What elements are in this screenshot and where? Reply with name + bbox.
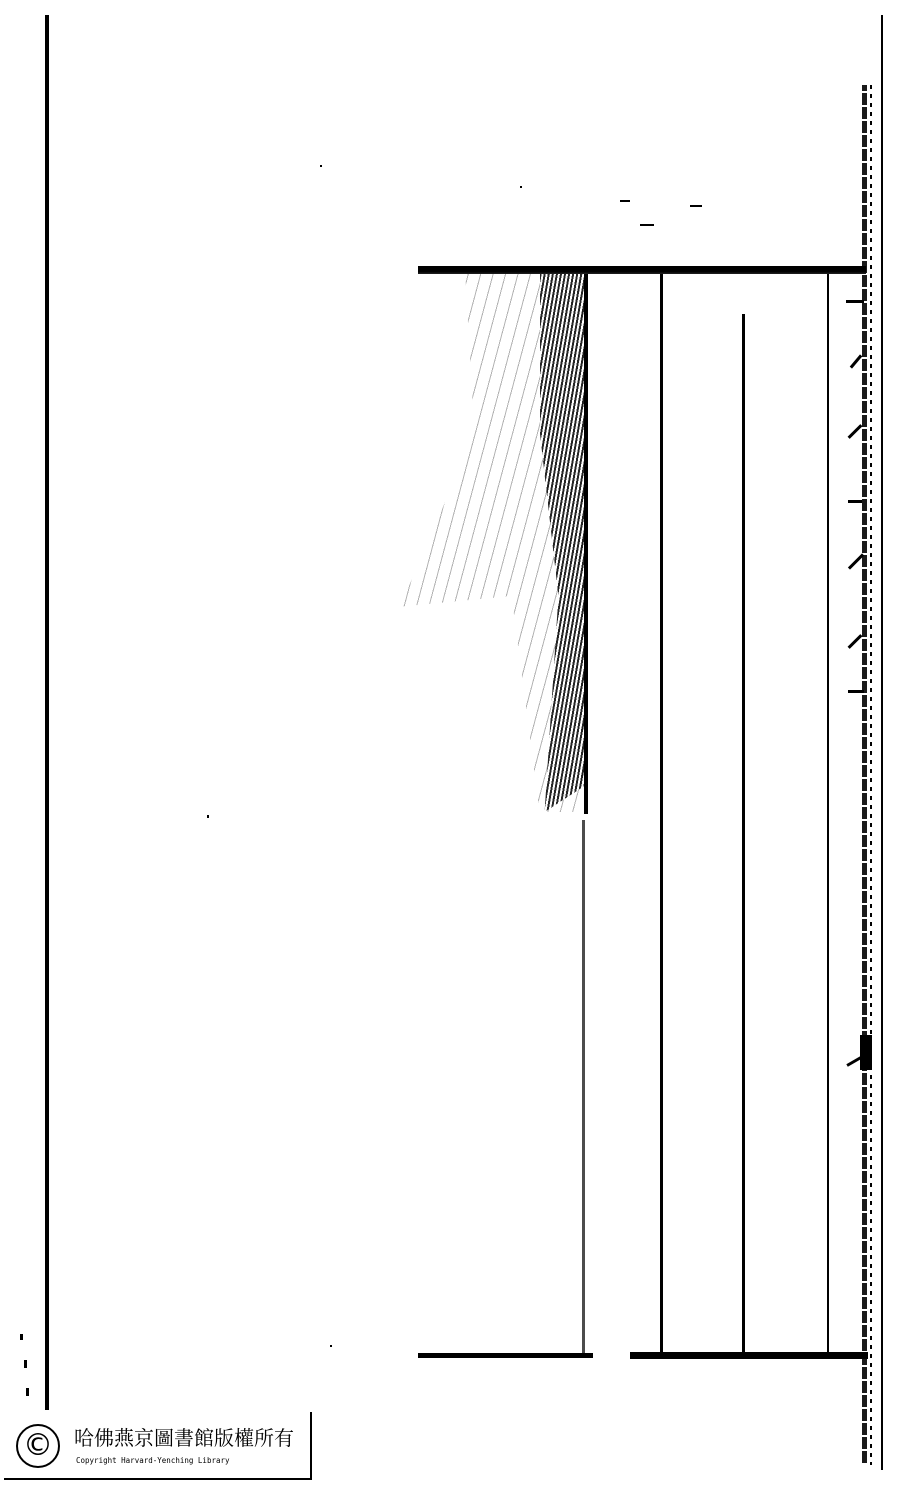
char-stroke — [846, 300, 864, 303]
speck — [320, 165, 322, 167]
column-rule-1-lower — [582, 820, 585, 1355]
speck — [330, 1345, 332, 1347]
speck — [207, 815, 209, 818]
column-rule-2 — [660, 274, 663, 1354]
left-page-edge-rule — [45, 15, 49, 1410]
column-rule-3 — [742, 314, 745, 1354]
column-rule-1 — [584, 274, 588, 814]
speck — [690, 205, 702, 207]
frame-top-border — [418, 266, 866, 274]
right-page-edge-rule — [881, 15, 883, 1470]
frame-bottom-border-right — [630, 1352, 868, 1359]
speck — [620, 200, 630, 202]
copyright-icon: © — [16, 1424, 60, 1468]
char-stroke — [848, 690, 864, 693]
ink-blot — [860, 1035, 872, 1070]
speck — [520, 186, 522, 188]
copyright-english-text: Copyright Harvard-Yenching Library — [76, 1456, 230, 1465]
frame-bottom-border-left — [418, 1353, 593, 1358]
copyright-stamp: © 哈佛燕京圖書館版權所有 Copyright Harvard-Yenching… — [4, 1412, 312, 1480]
spine-shadow-inner — [870, 85, 872, 1465]
column-rule-4 — [827, 274, 829, 1354]
margin-marks — [10, 1330, 30, 1400]
speck — [640, 224, 654, 226]
char-stroke — [848, 500, 862, 503]
copyright-chinese-text: 哈佛燕京圖書館版權所有 — [74, 1422, 294, 1451]
